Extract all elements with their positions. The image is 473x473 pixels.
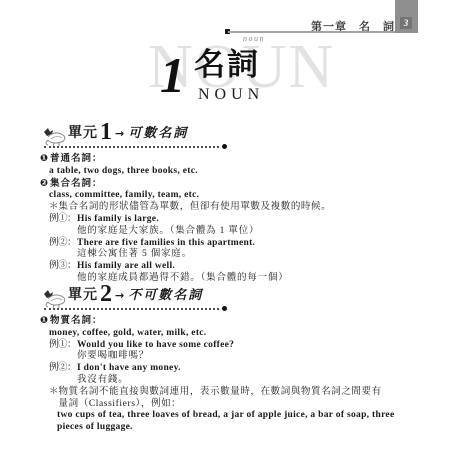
example-marker: 例①： <box>49 214 77 238</box>
chapter-title-zh: 名詞 <box>194 48 260 82</box>
unit-number: 1 <box>100 119 112 145</box>
asterisk-marker: ＊ <box>49 387 59 411</box>
example-word-list: two cups of tea, three loaves of bread, … <box>57 410 434 422</box>
item-title-text: 集合名詞： <box>50 179 103 189</box>
item-number-badge: ❶ <box>40 153 48 164</box>
page-number: 3 <box>404 18 409 28</box>
unit-number: 2 <box>100 281 112 307</box>
chapter-number: 1 <box>160 52 185 98</box>
example-sentence: 例①： Would you like to have some coffee? … <box>49 340 434 364</box>
sketch-doodle-icon <box>42 125 68 147</box>
unit-2-section: 單元2→不可數名詞 ❶物質名詞： money, coffee, gold, wa… <box>40 288 434 434</box>
example-translation: 我沒有錢。 <box>77 375 434 387</box>
page-number-box: 3 <box>400 17 412 29</box>
example-marker: 例②： <box>49 363 77 387</box>
numbered-item-title: ❶物質名詞： <box>40 315 434 328</box>
sketch-doodle-icon <box>42 287 68 309</box>
page-number-tab: 3 <box>395 0 418 33</box>
chapter-title-block: NOUN 1 名詞 NOUN <box>120 44 390 116</box>
example-translation: 他的家庭是大家族。（集合體為 1 單位） <box>77 226 434 238</box>
example-translation: 你要喝咖啡嗎？ <box>77 351 434 363</box>
dotted-rule <box>44 308 219 310</box>
note-text-line2: 量詞（Classifiers），例如： <box>59 399 434 411</box>
unit-2-header: 單元2→不可數名詞 <box>40 288 434 310</box>
arrow-icon: → <box>115 127 124 140</box>
item-title-text: 物質名詞： <box>50 316 103 326</box>
example-word-list: a table, two dogs, three books, etc. <box>49 166 434 178</box>
textbook-page: 第一章 名 詞 3 noun NOUN 1 名詞 NOUN 單元1→可數名詞 <box>0 0 473 473</box>
unit-label: 單元 <box>68 126 98 141</box>
example-english: His family is large. <box>77 214 434 226</box>
example-word-list: class, committee, family, team, etc. <box>49 190 434 202</box>
unit-2-content: ❶物質名詞： money, coffee, gold, water, milk,… <box>40 315 434 434</box>
chapter-title-en: NOUN <box>198 86 264 104</box>
unit-1-title: 單元1→可數名詞 <box>68 119 188 146</box>
dotted-rule <box>44 146 219 148</box>
item-title-text: 普通名詞： <box>50 154 103 164</box>
example-translation: 這棟公寓住著 5 個家庭。 <box>77 249 434 261</box>
example-english: I don't have any money. <box>77 363 434 375</box>
unit-1-content: ❶普通名詞： a table, two dogs, three books, e… <box>40 153 434 285</box>
note-text-line1: 物質名詞不能直接與數詞連用，表示數量時，在數詞與物質名詞之間要有 <box>59 387 434 399</box>
unit-1-header: 單元1→可數名詞 <box>40 126 434 148</box>
item-number-badge: ❷ <box>40 178 48 189</box>
example-english: Would you like to have some coffee? <box>77 340 434 352</box>
example-english: His family are all well. <box>77 261 434 273</box>
note-text: 集合名詞的形狀儘管為單數，但卻有使用單數及複數的時候。 <box>59 202 434 214</box>
example-english: There are five families in this apartmen… <box>77 238 434 250</box>
numbered-item-title: ❶普通名詞： <box>40 153 434 166</box>
unit-1-section: 單元1→可數名詞 ❶普通名詞： a table, two dogs, three… <box>40 126 434 285</box>
unit-name: 不可數名詞 <box>128 287 203 302</box>
example-sentence: 例②： There are five families in this apar… <box>49 238 434 262</box>
example-word-list: money, coffee, gold, water, milk, etc. <box>49 328 434 340</box>
example-word-list: pieces of luggage. <box>57 422 434 434</box>
example-marker: 例①： <box>49 340 77 364</box>
example-marker: 例②： <box>49 238 77 262</box>
note-line: ＊ 物質名詞不能直接與數詞連用，表示數量時，在數詞與物質名詞之間要有 量詞（Cl… <box>49 387 434 411</box>
example-sentence: 例①： His family is large. 他的家庭是大家族。（集合體為 … <box>49 214 434 238</box>
unit-label: 單元 <box>68 288 98 303</box>
note-line: ＊ 集合名詞的形狀儘管為單數，但卻有使用單數及複數的時候。 <box>49 202 434 214</box>
arrow-icon: → <box>115 289 124 302</box>
numbered-item-title: ❷集合名詞： <box>40 178 434 191</box>
asterisk-marker: ＊ <box>49 202 59 214</box>
unit-name: 可數名詞 <box>128 125 188 140</box>
example-sentence: 例②： I don't have any money. 我沒有錢。 <box>49 363 434 387</box>
item-number-badge: ❶ <box>40 315 48 326</box>
unit-2-title: 單元2→不可數名詞 <box>68 281 203 308</box>
